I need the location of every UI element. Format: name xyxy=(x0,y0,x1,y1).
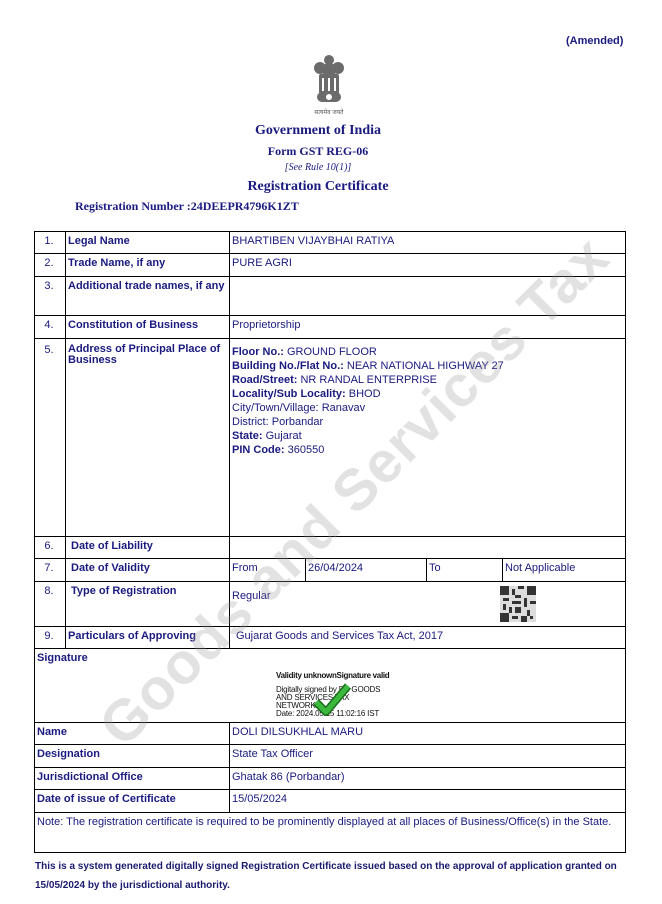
signature-valid-check-icon xyxy=(312,680,352,720)
additional-trade-names-label: Additional trade names, if any xyxy=(65,276,230,316)
address-value: Floor No.: GROUND FLOOR Building No./Fla… xyxy=(229,338,626,537)
trade-name-value: PURE AGRI xyxy=(229,253,626,277)
date-of-validity-label: Date of Validity xyxy=(65,558,230,582)
row-number: 9. xyxy=(34,626,66,649)
approving-particulars-label: Particulars of Approving xyxy=(65,626,230,649)
address-line: City/Town/Village: Ranavav xyxy=(232,401,623,415)
designation-label: Designation xyxy=(34,744,230,768)
amended-label: (Amended) xyxy=(566,35,623,47)
validity-from-value: 26/04/2024 xyxy=(305,558,427,582)
row-number: 7. xyxy=(34,558,66,582)
designation-value: State Tax Officer xyxy=(229,744,626,768)
additional-trade-names-value xyxy=(229,276,626,316)
address-line: State: Gujarat xyxy=(232,429,623,443)
constitution-value: Proprietorship xyxy=(229,315,626,339)
row-number: 2. xyxy=(34,253,66,277)
validity-from-label: From xyxy=(229,558,306,582)
issue-date-value: 15/05/2024 xyxy=(229,789,626,813)
qr-code-icon xyxy=(500,586,536,622)
national-emblem-icon: सत्यमेव जयते xyxy=(307,52,351,118)
officer-name-label: Name xyxy=(34,722,230,745)
issue-date-label: Date of issue of Certificate xyxy=(34,789,230,813)
system-generated-footer: This is a system generated digitally sig… xyxy=(35,857,625,895)
address-line: Locality/Sub Locality: BHOD xyxy=(232,387,623,401)
address-line: Building No./Flat No.: NEAR NATIONAL HIG… xyxy=(232,359,623,373)
trade-name-label: Trade Name, if any xyxy=(65,253,230,277)
approving-particulars-value: Gujarat Goods and Services Tax Act, 2017 xyxy=(229,626,626,649)
row-number: 3. xyxy=(34,276,66,316)
address-line: PIN Code: 360550 xyxy=(232,443,623,457)
jurisdictional-office-label: Jurisdictional Office xyxy=(34,767,230,790)
jurisdictional-office-value: Ghatak 86 (Porbandar) xyxy=(229,767,626,790)
display-note: Note: The registration certificate is re… xyxy=(34,812,626,853)
address-line: District: Porbandar xyxy=(232,415,623,429)
row-number: 1. xyxy=(34,231,66,254)
svg-text:सत्यमेव जयते: सत्यमेव जयते xyxy=(314,108,344,116)
row-number: 6. xyxy=(34,536,66,559)
registration-number: Registration Number :24DEEPR4796K1ZT xyxy=(75,199,299,214)
officer-name-value: DOLI DILSUKHLAL MARU xyxy=(229,722,626,745)
certificate-title: Registration Certificate xyxy=(0,179,649,195)
type-of-registration-label: Type of Registration xyxy=(65,581,230,627)
validity-to-value: Not Applicable xyxy=(502,558,626,582)
signature-label: Signature xyxy=(37,652,88,664)
date-of-liability-label: Date of Liability xyxy=(65,536,230,559)
government-title: Government of India xyxy=(0,123,649,139)
date-of-liability-value xyxy=(229,536,626,559)
form-title: Form GST REG-06 xyxy=(0,144,649,159)
legal-name-value: BHARTIBEN VIJAYBHAI RATIYA xyxy=(229,231,626,254)
constitution-label: Constitution of Business xyxy=(65,315,230,339)
validity-to-label: To xyxy=(426,558,503,582)
row-number: 5. xyxy=(34,338,66,537)
row-number: 8. xyxy=(34,581,66,627)
address-line: Road/Street: NR RANDAL ENTERPRISE xyxy=(232,373,623,387)
row-number: 4. xyxy=(34,315,66,339)
signature-status: Validity unknownSignature valid xyxy=(276,671,416,680)
rule-reference: [See Rule 10(1)] xyxy=(0,162,649,173)
legal-name-label: Legal Name xyxy=(65,231,230,254)
address-label: Address of Principal Place of Business xyxy=(65,338,230,537)
type-of-registration-value: Regular xyxy=(229,581,626,627)
address-line: Floor No.: GROUND FLOOR xyxy=(232,345,623,359)
